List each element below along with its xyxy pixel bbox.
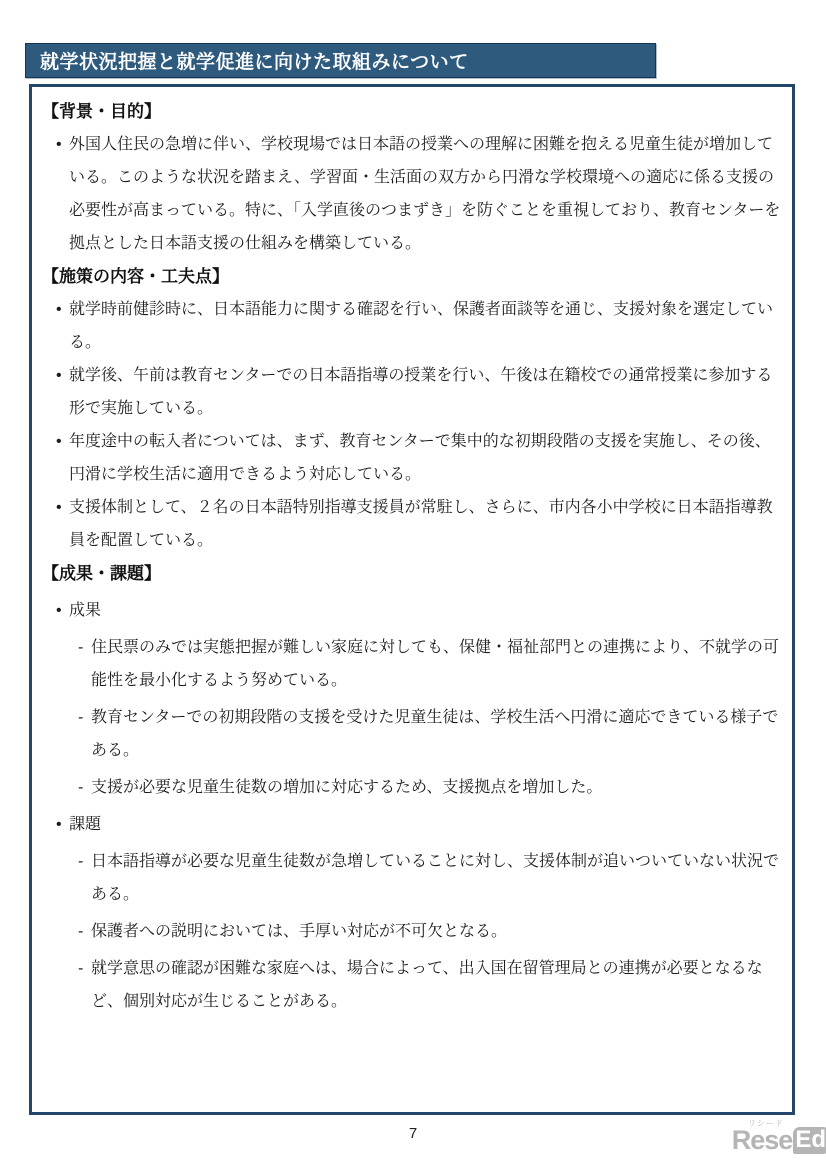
logo-text-badge: Ed [793, 1127, 826, 1154]
list-item: • 年度途中の転入者については、まず、教育センターで集中的な初期段階の支援を実施… [42, 425, 782, 491]
list-item-text: 外国人住民の急増に伴い、学校現場では日本語の授業への理解に困難を抱える児童生徒が… [69, 128, 782, 260]
logo-text-main: Rese [732, 1127, 793, 1154]
list-item-text: 日本語指導が必要な児童生徒数が急増していることに対し、支援体制が追いついていない… [91, 845, 782, 911]
list-item-text: 住民票のみでは実態把握が難しい家庭に対しても、保健・福祉部門との連携により、不就… [91, 631, 782, 697]
section-heading-background-purpose: 【背景・目的】 [42, 95, 782, 128]
bullet-icon: • [56, 594, 69, 627]
list-item: • 支援体制として、２名の日本語特別指導支援員が常駐し、さらに、市内各小中学校に… [42, 491, 782, 557]
list-item-text: 就学意思の確認が困難な家庭へは、場合によって、出入国在留管理局との連携が必要とな… [91, 952, 782, 1018]
list-item-text: 支援体制として、２名の日本語特別指導支援員が常駐し、さらに、市内各小中学校に日本… [69, 491, 782, 557]
content-box: 【背景・目的】 • 外国人住民の急増に伴い、学校現場では日本語の授業への理解に困… [29, 84, 795, 1115]
list-item-text: 成果 [69, 594, 782, 627]
section-results-issues: 【成果・課題】 • 成果 - 住民票のみでは実態把握が難しい家庭に対しても、保健… [42, 557, 782, 1018]
list-item: - 教育センターでの初期段階の支援を受けた児童生徒は、学校生活へ円滑に適応できて… [42, 701, 782, 767]
dash-icon: - [78, 915, 91, 948]
bullet-icon: • [56, 359, 69, 425]
page-number: 7 [0, 1125, 826, 1142]
list-item: - 住民票のみでは実態把握が難しい家庭に対しても、保健・福祉部門との連携により、… [42, 631, 782, 697]
logo-ruby-text: リシード [748, 1120, 784, 1128]
list-item-text: 支援が必要な児童生徒数の増加に対応するため、支援拠点を増加した。 [91, 771, 782, 804]
reseed-logo: リシード Rese Ed [732, 1127, 826, 1154]
list-item-text: 教育センターでの初期段階の支援を受けた児童生徒は、学校生活へ円滑に適応できている… [91, 701, 782, 767]
bullet-icon: • [56, 491, 69, 557]
bullet-icon: • [56, 808, 69, 841]
dash-icon: - [78, 771, 91, 804]
list-item: - 日本語指導が必要な児童生徒数が急増していることに対し、支援体制が追いついてい… [42, 845, 782, 911]
list-item: • 就学時前健診時に、日本語能力に関する確認を行い、保護者面談等を通じ、支援対象… [42, 293, 782, 359]
list-item: - 保護者への説明においては、手厚い対応が不可欠となる。 [42, 915, 782, 948]
bullet-icon: • [56, 128, 69, 260]
dash-icon: - [78, 845, 91, 911]
list-item-text: 保護者への説明においては、手厚い対応が不可欠となる。 [91, 915, 782, 948]
list-item: • 成果 [42, 594, 782, 627]
list-item-text: 年度途中の転入者については、まず、教育センターで集中的な初期段階の支援を実施し、… [69, 425, 782, 491]
list-item-text: 就学後、午前は教育センターでの日本語指導の授業を行い、午後は在籍校での通常授業に… [69, 359, 782, 425]
document-title-bar: 就学状況把握と就学促進に向けた取組みについて [25, 43, 656, 78]
section-heading-results-issues: 【成果・課題】 [42, 557, 782, 590]
bullet-icon: • [56, 293, 69, 359]
dash-icon: - [78, 631, 91, 697]
bullet-icon: • [56, 425, 69, 491]
dash-icon: - [78, 701, 91, 767]
list-item: • 外国人住民の急増に伴い、学校現場では日本語の授業への理解に困難を抱える児童生… [42, 128, 782, 260]
list-item: - 就学意思の確認が困難な家庭へは、場合によって、出入国在留管理局との連携が必要… [42, 952, 782, 1018]
list-item-text: 課題 [69, 808, 782, 841]
list-item: - 支援が必要な児童生徒数の増加に対応するため、支援拠点を増加した。 [42, 771, 782, 804]
dash-icon: - [78, 952, 91, 1018]
list-item: • 課題 [42, 808, 782, 841]
list-item: • 就学後、午前は教育センターでの日本語指導の授業を行い、午後は在籍校での通常授… [42, 359, 782, 425]
list-item-text: 就学時前健診時に、日本語能力に関する確認を行い、保護者面談等を通じ、支援対象を選… [69, 293, 782, 359]
section-heading-policy-details: 【施策の内容・工夫点】 [42, 260, 782, 293]
page-title: 就学状況把握と就学促進に向けた取組みについて [40, 47, 469, 74]
